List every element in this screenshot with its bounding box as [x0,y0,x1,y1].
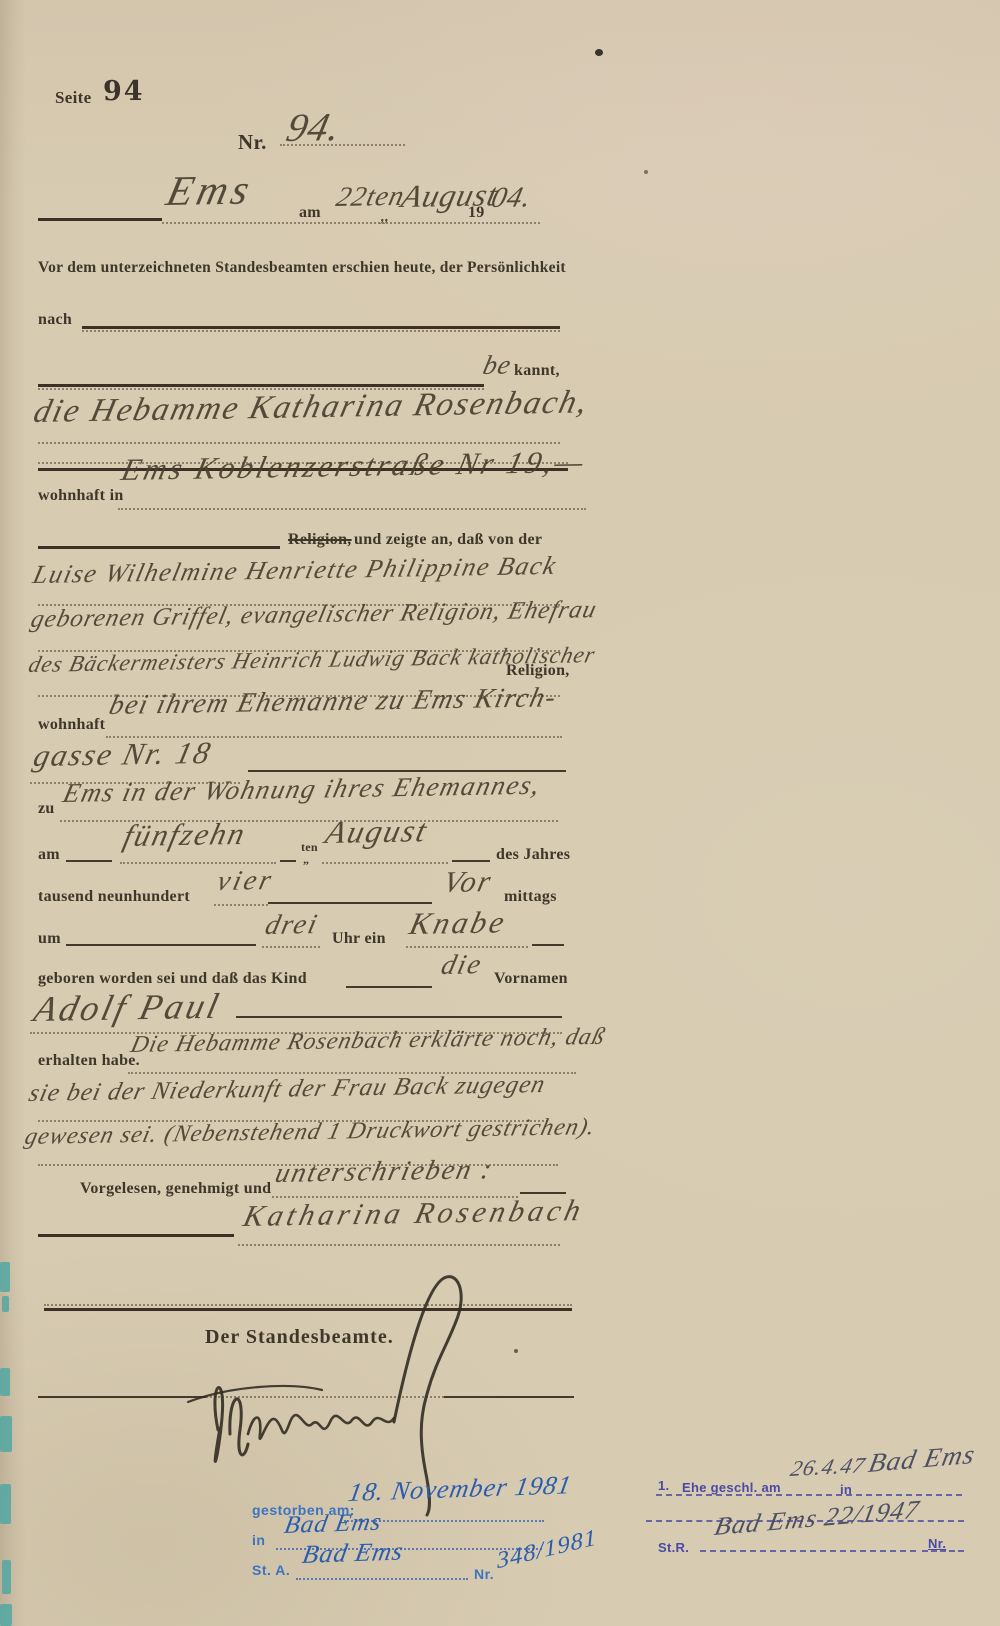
marriage-date-entry: 26.4.47 [788,1452,868,1482]
death-sta-place-entry: Bad Ems [300,1537,406,1570]
vornamen-label: Vornamen [494,970,568,988]
marriage-place-entry: Bad Ems [866,1439,978,1479]
rule [268,902,432,904]
place-entry: Ems [162,167,258,216]
paper-texture [0,0,1000,1626]
rule [82,326,560,329]
birth-day-entry: fünfzehn [120,816,250,854]
rule [238,1244,560,1246]
tape-mark [2,1560,11,1594]
hour-entry: drei [262,909,322,942]
nach-label: nach [38,311,72,329]
page-label: Seite [55,88,91,108]
rule [38,442,560,444]
year-entry: 04. [488,181,535,215]
rule [700,1550,916,1552]
kannt-label: kannt, [514,362,560,380]
rule [162,222,540,224]
birth-place-entry: Ems in der Wohnung ihres Ehemannes, [60,770,544,809]
tape-mark [0,1484,11,1524]
husband-residence-line1: bei ihrem Ehemanne zu Ems Kirch- [106,682,560,722]
erhalten-label: erhalten habe. [38,1052,140,1070]
rule [406,946,528,948]
rule [296,1578,468,1580]
record-number-label: Nr. [238,130,267,155]
rule [322,862,448,864]
rule [262,946,320,948]
wohnhaft-in-label: wohnhaft in [38,487,124,505]
uhr-ein-label: Uhr ein [332,930,386,948]
witness-signature: Katharina Rosenbach [240,1194,588,1234]
wohnhaft-label: wohnhaft [38,716,105,734]
rule [118,508,586,510]
rule [452,860,490,862]
rule [922,1550,964,1552]
marriage-stamp-str-label: St.R. [658,1540,689,1555]
death-place-entry: Bad Ems [282,1509,384,1540]
year-printed: 19 [468,204,485,222]
rule [66,944,256,946]
death-nr-entry: 348/1981 [496,1525,598,1575]
tausend-label: tausend neunhundert [38,888,190,906]
am2-label: am [38,846,60,864]
month-entry: August [398,176,502,215]
vorgelesen-label: Vorgelesen, genehmigt und [80,1180,271,1198]
religion-label: Religion, [506,662,570,680]
um-label: um [38,930,61,948]
rule [346,986,432,988]
rule [38,218,162,221]
ten-ditto: „ [303,852,309,867]
rule [214,904,268,906]
bekannt-prefix-entry: be [480,350,515,381]
zeigte-an-label: und zeigte an, daß von der [354,531,542,549]
year-word-entry: vier [214,865,277,898]
rule [280,860,296,862]
declarant-entry: die Hebamme Katharina Rosenbach, [30,384,592,431]
ink-speck [595,49,603,56]
marriage-str-entry: Bad Ems 22/1947 [712,1495,922,1542]
mittags-label: mittags [504,888,557,906]
note-line2: sie bei der Niederkunft der Frau Back zu… [26,1071,548,1108]
birth-certificate-page: Seite 94 Nr. 94. Ems am 22ten „ August 1… [0,0,1000,1626]
tape-mark [0,1368,10,1396]
day-entry: 22ten [333,181,408,214]
death-stamp-nr-label: Nr. [474,1566,494,1582]
die-entry: die [438,949,486,982]
mother-entry-line2: geborenen Griffel, evangelischer Religio… [28,596,600,634]
mother-entry-line1: Luise Wilhelmine Henriette Philippine Ba… [30,551,560,590]
intro-line: Vor dem unterzeichneten Standesbeamten e… [38,259,566,277]
tape-mark [0,1262,10,1292]
ink-speck [644,170,648,174]
ink-speck [514,1349,518,1353]
zu-label: zu [38,800,55,818]
rule [38,546,280,549]
rule [38,1234,234,1237]
rule [66,860,112,862]
marriage-stamp-prefix: 1. [658,1478,669,1493]
religion-struck-label: Religion, [288,531,352,549]
rule [120,862,276,864]
am-label: am [299,204,321,222]
marriage-stamp-ehe-label: Ehe geschl. am [682,1480,781,1495]
sex-entry: Knabe [406,904,511,942]
husband-residence-line2: gasse Nr. 18 [30,735,216,774]
residence-entry: Ems Koblenzerstraße Nr 19,— [118,444,590,488]
death-stamp-in-label: in [252,1532,265,1548]
child-names-entry: Adolf Paul [30,985,226,1030]
note-line1: Die Hebamme Rosenbach erklärte noch, daß [128,1024,608,1059]
tape-mark [0,1416,12,1452]
unterschrieben-entry: unterschrieben : [272,1154,497,1190]
death-stamp-sta-label: St. A. [252,1562,290,1578]
rule [532,944,564,946]
des-jahres-label: des Jahres [496,846,570,864]
rule [82,330,560,332]
birth-month-entry: August [322,812,432,851]
page-number: 94 [103,76,145,107]
tape-mark [0,1604,12,1626]
rule [236,1016,562,1018]
tape-mark [2,1296,9,1312]
marriage-stamp-nr-label: Nr. [928,1536,946,1551]
vor-entry: Vor [440,865,496,900]
rule [280,144,405,146]
